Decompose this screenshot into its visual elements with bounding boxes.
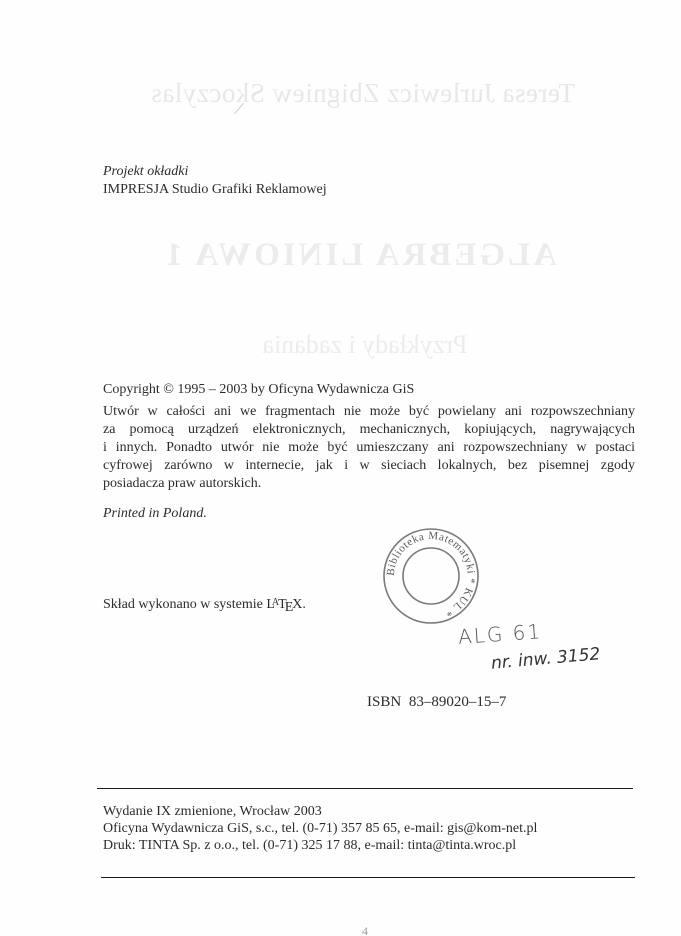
edition-info: Wydanie IX zmienione, Wrocław 2003 — [103, 803, 322, 821]
library-stamp-icon: Biblioteka Matematyki * KUL * — [381, 526, 481, 626]
divider-bottom — [101, 877, 635, 878]
shelf-mark: ALG 61 — [457, 619, 543, 649]
rights-line: i innych. Ponadto utwór nie może być umi… — [103, 439, 635, 457]
show-through-title: ALGEBRA LINIOWA 1 — [110, 237, 610, 274]
cover-design-label: Projekt okładki — [103, 163, 188, 181]
book-page: Teresa Jurlewicz Zbigniew Skoczylas ALGE… — [0, 0, 681, 936]
cover-design-studio: IMPRESJA Studio Grafiki Reklamowej — [103, 181, 327, 199]
publisher-info: Oficyna Wydawnicza GiS, s.c., tel. (0-71… — [103, 820, 537, 838]
typesetting-note: Skład wykonano w systemie LATEX. — [103, 596, 306, 615]
show-through-authors: Teresa Jurlewicz Zbigniew Skoczylas — [98, 78, 628, 109]
rights-line: za pomocą urządzeń elektronicznych, mech… — [103, 421, 635, 439]
rights-line: cyfrowej zarówno w internecie, jak i w s… — [103, 457, 635, 475]
latex-logo: LATEX — [266, 597, 302, 612]
rights-line: Utwór w całości ani we fragmentach nie m… — [103, 403, 635, 421]
rights-notice: Utwór w całości ani we fragmentach nie m… — [103, 403, 635, 493]
divider-top — [97, 788, 633, 789]
svg-text:Biblioteka Matematyki * KUL *: Biblioteka Matematyki * KUL * — [385, 530, 477, 619]
stamp-ring-text: Biblioteka Matematyki * KUL * — [385, 530, 477, 619]
typesetting-prefix: Skład wykonano w systemie — [103, 597, 266, 612]
printer-info: Druk: TINTA Sp. z o.o., tel. (0-71) 325 … — [103, 837, 516, 855]
page-number: 4 — [362, 924, 368, 936]
rights-line: posiadacza praw autorskich. — [103, 475, 635, 493]
inventory-number: nr. inw. 3152 — [490, 644, 601, 673]
show-through-subtitle: Przykłady i zadania — [200, 330, 530, 360]
copyright-line: Copyright © 1995 – 2003 by Oficyna Wydaw… — [103, 381, 414, 399]
printed-in: Printed in Poland. — [103, 505, 207, 523]
isbn: ISBN 83–89020–15–7 — [367, 693, 506, 711]
